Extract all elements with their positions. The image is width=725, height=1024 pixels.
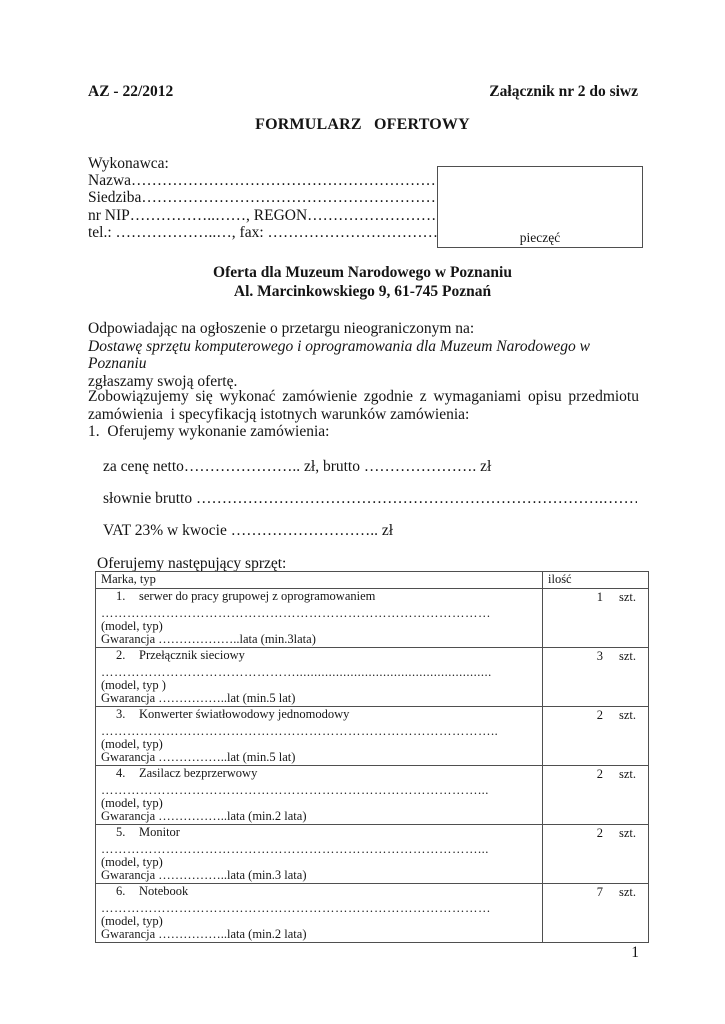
item-model-label: (model, typ) [101, 738, 538, 751]
offer-recipient-line2: Al. Marcinkowskiego 9, 61-745 Poznań [0, 283, 725, 302]
contractor-address-line: Siedziba……………………………………………………………. [88, 189, 437, 206]
item-fill-in-line: ……………………………………………………………………………….. [101, 725, 538, 738]
item-model-label: (model, typ ) [101, 679, 538, 692]
document-page: AZ - 22/2012 Załącznik nr 2 do siwz FORM… [0, 0, 725, 1024]
offer-recipient-line1: Oferta dla Muzeum Narodowego w Poznaniu [0, 264, 725, 283]
item-name: Notebook [139, 885, 188, 898]
column-header-marka-typ: Marka, typ [96, 572, 543, 589]
equipment-item-cell: 5.Monitor …………………………………………………………………………….… [96, 825, 543, 884]
offer-recipient: Oferta dla Muzeum Narodowego w Poznaniu … [0, 264, 725, 301]
item-unit: szt. [619, 591, 636, 604]
item-fill-in-line: ……………………………………………………………………………... [101, 843, 538, 856]
item-name: Konwerter światłowodowy jednomodowy [139, 708, 349, 721]
item-quantity: 7 [597, 886, 603, 899]
item-name: serwer do pracy grupowej z oprogramowani… [139, 590, 375, 603]
doc-reference: AZ - 22/2012 [88, 83, 173, 101]
form-title: FORMULARZ OFERTOWY [0, 116, 725, 134]
intro-line: Odpowiadając na ogłoszenie o przetargu n… [88, 320, 645, 338]
item-warranty-line: Gwarancja ……………..lata (min.3 lata) [101, 869, 538, 882]
item-warranty-line: Gwarancja ……………..lata (min.2 lata) [101, 810, 538, 823]
amount-in-words-line: słownie brutto …………………………………………………………………… [103, 490, 637, 508]
stamp-box: pieczęć [437, 166, 643, 248]
contractor-tel-fax-line: tel.: ………………..…, fax: ………………………………… [88, 224, 437, 241]
item-number: 4. [116, 767, 130, 780]
equipment-qty-cell: 3 szt. [543, 648, 649, 707]
item-unit: szt. [619, 827, 636, 840]
equipment-table-body: 1.serwer do pracy grupowej z oprogramowa… [96, 589, 649, 943]
equipment-qty-cell: 2 szt. [543, 707, 649, 766]
equipment-qty-cell: 1 szt. [543, 589, 649, 648]
item-fill-in-line: ……………………………………………………………………………… [101, 902, 538, 915]
column-header-ilosc: ilość [543, 572, 649, 589]
item-fill-in-line: ……………………………………………………………………………... [101, 784, 538, 797]
equipment-item-cell: 2.Przełącznik sieciowy ………………………………………..… [96, 648, 543, 707]
equipment-qty-cell: 2 szt. [543, 766, 649, 825]
equipment-item-title: 5.Monitor [101, 826, 538, 839]
item-quantity: 2 [597, 709, 603, 722]
contractor-block: Wykonawca: Nazwa…………………………………………………………… … [88, 155, 437, 241]
table-row: 1.serwer do pracy grupowej z oprogramowa… [96, 589, 649, 648]
commitment-line2: zamówienia i specyfikacją istotnych waru… [88, 406, 639, 424]
item-warranty-line: Gwarancja ……………..lat (min.5 lat) [101, 751, 538, 764]
item-model-label: (model, typ) [101, 797, 538, 810]
item-quantity: 1 [597, 591, 603, 604]
equipment-item-cell: 3.Konwerter światłowodowy jednomodowy ……… [96, 707, 543, 766]
item-unit: szt. [619, 650, 636, 663]
item-number: 5. [116, 826, 130, 839]
equipment-item-title: 4.Zasilacz bezprzerwowy [101, 767, 538, 780]
item-model-label: (model, typ) [101, 620, 538, 633]
item-number: 3. [116, 708, 130, 721]
item-unit: szt. [619, 709, 636, 722]
commitment-paragraph: Zobowiązujemy się wykonać zamówienie zgo… [88, 388, 639, 423]
equipment-item-cell: 1.serwer do pracy grupowej z oprogramowa… [96, 589, 543, 648]
equipment-item-cell: 6.Notebook ……………………………………………………………………………… [96, 884, 543, 943]
equipment-item-title: 2.Przełącznik sieciowy [101, 649, 538, 662]
table-row: 2.Przełącznik sieciowy ………………………………………..… [96, 648, 649, 707]
equipment-table: Marka, typ ilość 1.serwer do pracy grupo… [95, 571, 649, 943]
attachment-label: Załącznik nr 2 do siwz [489, 83, 638, 101]
item-quantity: 3 [597, 650, 603, 663]
vat-amount-line: VAT 23% w kwocie ……………………….. zł [103, 522, 503, 540]
item-unit: szt. [619, 768, 636, 781]
item-quantity: 2 [597, 768, 603, 781]
offer-intro: Odpowiadając na ogłoszenie o przetargu n… [88, 320, 645, 390]
item-fill-in-line: ……………………………………………………………………………… [101, 607, 538, 620]
equipment-item-cell: 4.Zasilacz bezprzerwowy …………………………………………… [96, 766, 543, 825]
tender-subject-line: Dostawę sprzętu komputerowego i oprogram… [88, 338, 645, 373]
item-unit: szt. [619, 886, 636, 899]
table-row: 3.Konwerter światłowodowy jednomodowy ……… [96, 707, 649, 766]
item-name: Przełącznik sieciowy [139, 649, 245, 662]
item-warranty-line: Gwarancja ……………..lat (min.5 lat) [101, 692, 538, 705]
item-fill-in-line: ……………………………………….........................… [101, 666, 538, 679]
equipment-item-title: 6.Notebook [101, 885, 538, 898]
item-name: Monitor [139, 826, 180, 839]
stamp-label: pieczęć [520, 230, 560, 246]
equipment-item-title: 1.serwer do pracy grupowej z oprogramowa… [101, 590, 538, 603]
table-row: 5.Monitor …………………………………………………………………………….… [96, 825, 649, 884]
price-netto-brutto-line: za cenę netto………………….. zł, brutto ………………… [103, 458, 563, 476]
item-number: 1. [116, 590, 130, 603]
item-warranty-line: Gwarancja ……………..lata (min.2 lata) [101, 928, 538, 941]
table-row: 6.Notebook ……………………………………………………………………………… [96, 884, 649, 943]
contractor-name-line: Nazwa…………………………………………………………… [88, 172, 437, 189]
item-model-label: (model, typ) [101, 915, 538, 928]
item-number: 2. [116, 649, 130, 662]
document-header: AZ - 22/2012 Załącznik nr 2 do siwz [88, 83, 638, 101]
item-name: Zasilacz bezprzerwowy [139, 767, 257, 780]
equipment-qty-cell: 2 szt. [543, 825, 649, 884]
offer-point1: 1. Oferujemy wykonanie zamówienia: [88, 423, 329, 441]
item-warranty-line: Gwarancja ………………..lata (min.3lata) [101, 633, 538, 646]
contractor-label: Wykonawca: [88, 155, 437, 172]
item-quantity: 2 [597, 827, 603, 840]
item-number: 6. [116, 885, 130, 898]
page-number: 1 [631, 944, 639, 962]
commitment-line1: Zobowiązujemy się wykonać zamówienie zgo… [88, 388, 639, 406]
item-model-label: (model, typ) [101, 856, 538, 869]
table-header-row: Marka, typ ilość [96, 572, 649, 589]
equipment-qty-cell: 7 szt. [543, 884, 649, 943]
equipment-item-title: 3.Konwerter światłowodowy jednomodowy [101, 708, 538, 721]
contractor-nip-regon-line: nr NIP……………..……, REGON…………………………...…… [88, 207, 437, 224]
table-row: 4.Zasilacz bezprzerwowy …………………………………………… [96, 766, 649, 825]
